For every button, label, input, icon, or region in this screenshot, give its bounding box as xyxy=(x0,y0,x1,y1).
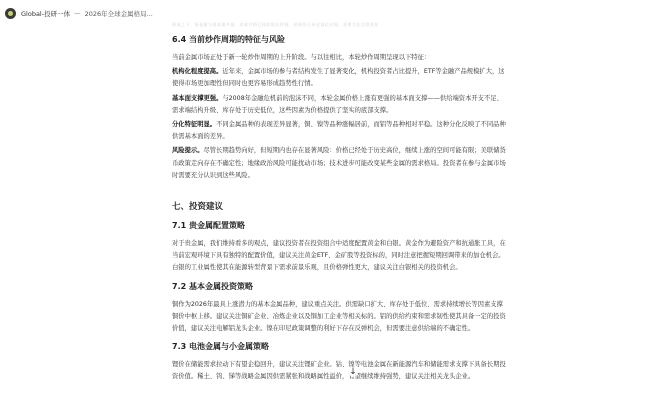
feature-lead: 基本面支撑更强。 xyxy=(172,95,222,102)
feature-text: 近年来，金属市场的参与者结构发生了显著变化，机构投资者占比提升，ETF等金融产品… xyxy=(172,68,505,87)
title-separator: — xyxy=(74,9,81,17)
feature-item-divergence: 分化特征明显。不同金属品种的表现差异显著，铜、镍等品种涨幅居前，而铝等品种相对平… xyxy=(172,119,508,143)
brand-name[interactable]: Global-投研一体 xyxy=(21,9,70,18)
scroll-down-icon[interactable]: ↓ xyxy=(348,367,358,377)
feature-item-risk: 风险提示。尽管长期趋势向好，但短期内也存在显著风险：价格已经处于历史高位，继续上… xyxy=(172,145,508,182)
feature-lead: 分化特征明显。 xyxy=(172,121,216,128)
section-6-4-intro: 当前金属市场正处于新一轮炒作周期的上升阶段。与以往相比，本轮炒作周期呈现以下特征… xyxy=(172,52,508,64)
subsection-7-1-text: 对于贵金属，我们维持看多的观点，建议投资者在投资组合中适度配置黄金和白银。黄金作… xyxy=(172,238,508,275)
document-content: 情况之下，资金面与基本面共振，本轮行情已持续较长时间，价格处于历史高位区间，需要… xyxy=(172,22,508,386)
bottom-fade xyxy=(0,386,660,393)
feature-text: 不同金属品种的表现差异显著，铜、镍等品种涨幅居前，而铝等品种相对平稳。这种分化反… xyxy=(172,121,506,140)
feature-item-institutional: 机构化程度提高。近年来，金属市场的参与者结构发生了显著变化，机构投资者占比提升，… xyxy=(172,66,508,90)
feature-text: 尽管长期趋势向好，但短期内也存在显著风险：价格已经处于历史高位，继续上涨的空间可… xyxy=(172,147,506,178)
feature-lead: 风险提示。 xyxy=(172,147,203,154)
feature-text: 与2008年金融危机前的泡沫不同，本轮金属价格上涨有更强的基本面支撑——供给端资… xyxy=(172,95,503,114)
section-heading-7: 七、投资建议 xyxy=(172,200,508,214)
feature-lead: 机构化程度提高。 xyxy=(172,68,222,75)
faint-previous-line: 情况之下，资金面与基本面共振，本轮行情已持续较长时间，价格处于历史高位区间，需要… xyxy=(172,22,508,28)
app-logo-icon xyxy=(5,8,16,19)
subsection-heading-7-3: 7.3 电池金属与小金属策略 xyxy=(172,341,508,353)
feature-item-fundamentals: 基本面支撑更强。与2008年金融危机前的泡沫不同，本轮金属价格上涨有更强的基本面… xyxy=(172,93,508,117)
subsection-7-2-text: 铜作为2026年最具上涨潜力的基本金属品种，建议重点关注。供需缺口扩大、库存处于… xyxy=(172,299,508,336)
section-heading-6-4: 6.4 当前炒作周期的特征与风险 xyxy=(172,34,508,46)
subsection-heading-7-2: 7.2 基本金属投资策略 xyxy=(172,281,508,293)
subsection-7-3-text: 锂价在储能需求拉动下有望企稳回升，建议关注锂矿企业。钴、镍等电池金属在新能源汽车… xyxy=(172,359,508,383)
subsection-heading-7-1: 7.1 贵金属配置策略 xyxy=(172,220,508,232)
document-title[interactable]: 2026年全球金属格局... xyxy=(85,9,153,18)
